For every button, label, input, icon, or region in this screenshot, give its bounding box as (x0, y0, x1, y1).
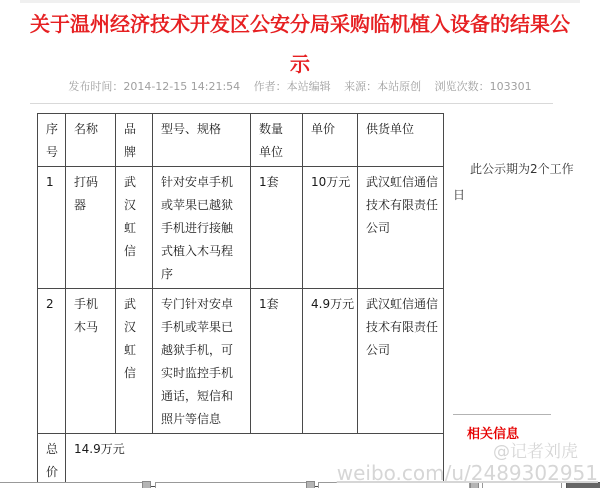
notice-text: 此公示期为2个工作日 (453, 156, 577, 208)
cell-supplier: 武汉虹信通信技术有限责任公司 (358, 167, 444, 289)
watermark: @记者刘虎 weibo.com/u/2489302951 (337, 444, 598, 483)
cropped-square-icon[interactable] (142, 481, 151, 488)
meta-author: 作者：本站编辑 (254, 80, 331, 93)
cell-brand: 武汉虹信 (116, 289, 153, 434)
cell-spec: 专门针对安卓手机或苹果已越狱手机，可实时监控手机通话，短信和照片等信息 (153, 289, 251, 434)
procurement-table: 序号 名称 品牌 型号、规格 数量单位 单价 供货单位 1 打码器 武汉虹信 针… (37, 113, 444, 487)
cell-qty: 1套 (251, 289, 303, 434)
meta-label: 作者： (254, 80, 287, 93)
col-header-brand: 品牌 (116, 114, 153, 167)
page-title: 关于温州经济技术开发区公安分局采购临机植入设备的结果公示 (25, 4, 575, 84)
cropped-control[interactable] (155, 482, 308, 488)
meta-value: 103301 (490, 80, 532, 93)
table-header-row: 序号 名称 品牌 型号、规格 数量单位 单价 供货单位 (38, 114, 444, 167)
table-row: 1 打码器 武汉虹信 针对安卓手机或苹果已越狱手机进行接触式植入木马程序 1套 … (38, 167, 444, 289)
cell-brand: 武汉虹信 (116, 167, 153, 289)
header-divider (30, 103, 553, 104)
meta-value: 本站编辑 (287, 80, 331, 93)
cell-name: 打码器 (66, 167, 116, 289)
col-header-seq: 序号 (38, 114, 66, 167)
cropped-control[interactable] (0, 482, 146, 488)
cell-seq: 2 (38, 289, 66, 434)
meta-publish-time: 发布时间：2014-12-15 14:21:54 (68, 80, 240, 93)
cell-spec: 针对安卓手机或苹果已越狱手机进行接触式植入木马程序 (153, 167, 251, 289)
cell-qty: 1套 (251, 167, 303, 289)
col-header-name: 名称 (66, 114, 116, 167)
related-divider (453, 414, 551, 415)
col-header-spec: 型号、规格 (153, 114, 251, 167)
meta-bar: 发布时间：2014-12-15 14:21:54 作者：本站编辑 来源：本站原创… (0, 79, 600, 95)
top-crop-artifact (20, 0, 580, 3)
meta-value: 2014-12-15 14:21:54 (123, 80, 240, 93)
table-row: 2 手机木马 武汉虹信 专门针对安卓手机或苹果已越狱手机，可实时监控手机通话，短… (38, 289, 444, 434)
meta-value: 本站原创 (377, 80, 421, 93)
meta-label: 浏览次数： (435, 80, 490, 93)
meta-views: 浏览次数：103301 (435, 80, 532, 93)
meta-label: 来源： (344, 80, 377, 93)
cell-seq: 1 (38, 167, 66, 289)
cell-price: 10万元 (303, 167, 358, 289)
cell-name: 手机木马 (66, 289, 116, 434)
meta-source: 来源：本站原创 (344, 80, 421, 93)
cropped-square-icon[interactable] (306, 481, 315, 488)
cell-price: 4.9万元 (303, 289, 358, 434)
cell-supplier: 武汉虹信通信技术有限责任公司 (358, 289, 444, 434)
related-info-title: 相关信息 (467, 423, 519, 442)
col-header-supplier: 供货单位 (358, 114, 444, 167)
col-header-price: 单价 (303, 114, 358, 167)
meta-label: 发布时间： (68, 80, 123, 93)
watermark-url: weibo.com/u/2489302951 (337, 463, 598, 483)
watermark-author: @记者刘虎 (337, 444, 598, 461)
total-label: 总价 (38, 434, 66, 487)
col-header-qty: 数量单位 (251, 114, 303, 167)
